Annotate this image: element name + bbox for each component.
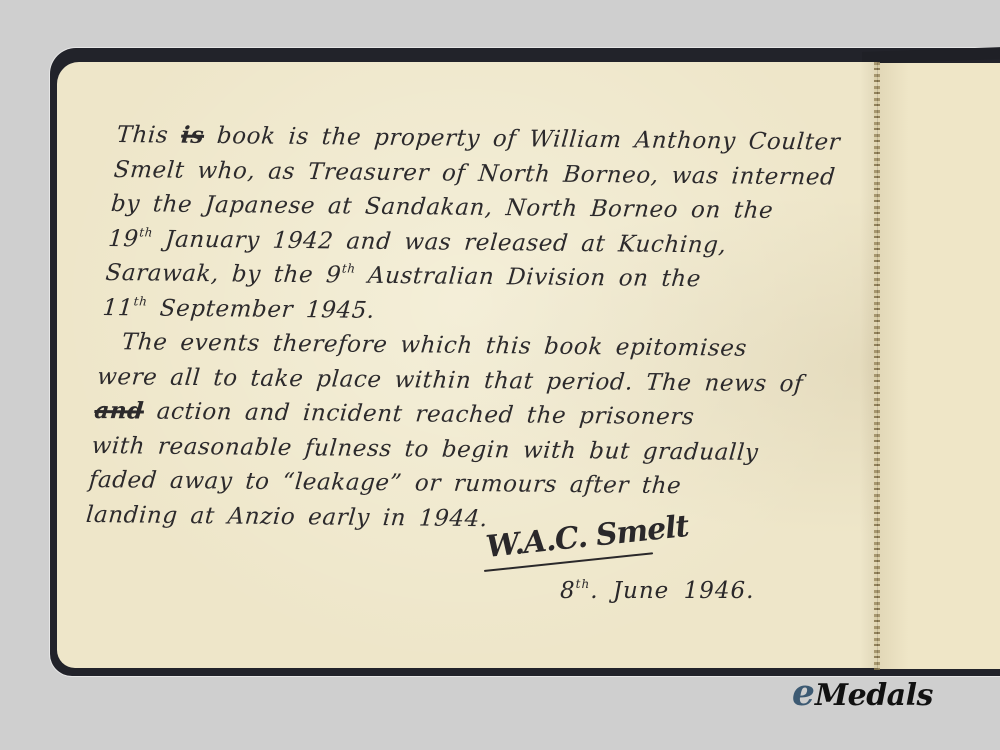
text-run: book is the property of William Anthony … <box>203 123 841 156</box>
watermark-text: Medals <box>815 681 933 711</box>
text-run: 19 <box>107 225 140 251</box>
photo-album-spread: This is book is the property of William … <box>0 0 1000 750</box>
right-flyleaf-page <box>878 63 1000 669</box>
binding-stitching <box>874 62 880 670</box>
text-run: with reasonable fulness to begin with bu… <box>91 432 760 465</box>
text-run: Australian Division on the <box>354 263 702 293</box>
text-run: were all to take place within that perio… <box>96 363 804 396</box>
text-run: faded away to “leakage” or rumours after… <box>88 467 683 499</box>
text-run: by the Japanese at Sandakan, North Borne… <box>110 191 774 224</box>
emedals-watermark-logo: e Medals <box>792 675 933 715</box>
text-run: action and incident reached the prisoner… <box>143 399 696 431</box>
text-run: Smelt who, as Treasurer of North Borneo,… <box>113 156 837 190</box>
ordinal-suffix: th <box>341 261 356 275</box>
text-run: landing at Anzio early in 1944. <box>85 501 489 531</box>
date-day: 8 <box>560 578 576 604</box>
text-run: September 1945. <box>146 295 376 323</box>
handwritten-text: This is book is the property of William … <box>85 118 858 540</box>
signature-block: W.A.C. Smelt 8th. June 1946. <box>480 520 800 620</box>
date-suffix: th <box>576 577 591 591</box>
text-run: January 1942 and was released at Kuching… <box>151 226 727 258</box>
date-rest: . June 1946. <box>590 578 754 604</box>
text-run: This <box>116 122 183 149</box>
text-run: 11 <box>102 294 135 320</box>
watermark-e: e <box>792 675 815 711</box>
struck-word: is <box>180 122 205 149</box>
struck-word: and <box>93 397 145 425</box>
signature-date: 8th. June 1946. <box>560 578 754 604</box>
text-run: Sarawak, by the 9 <box>104 260 342 288</box>
text-run: The events therefore which this book epi… <box>121 329 748 362</box>
